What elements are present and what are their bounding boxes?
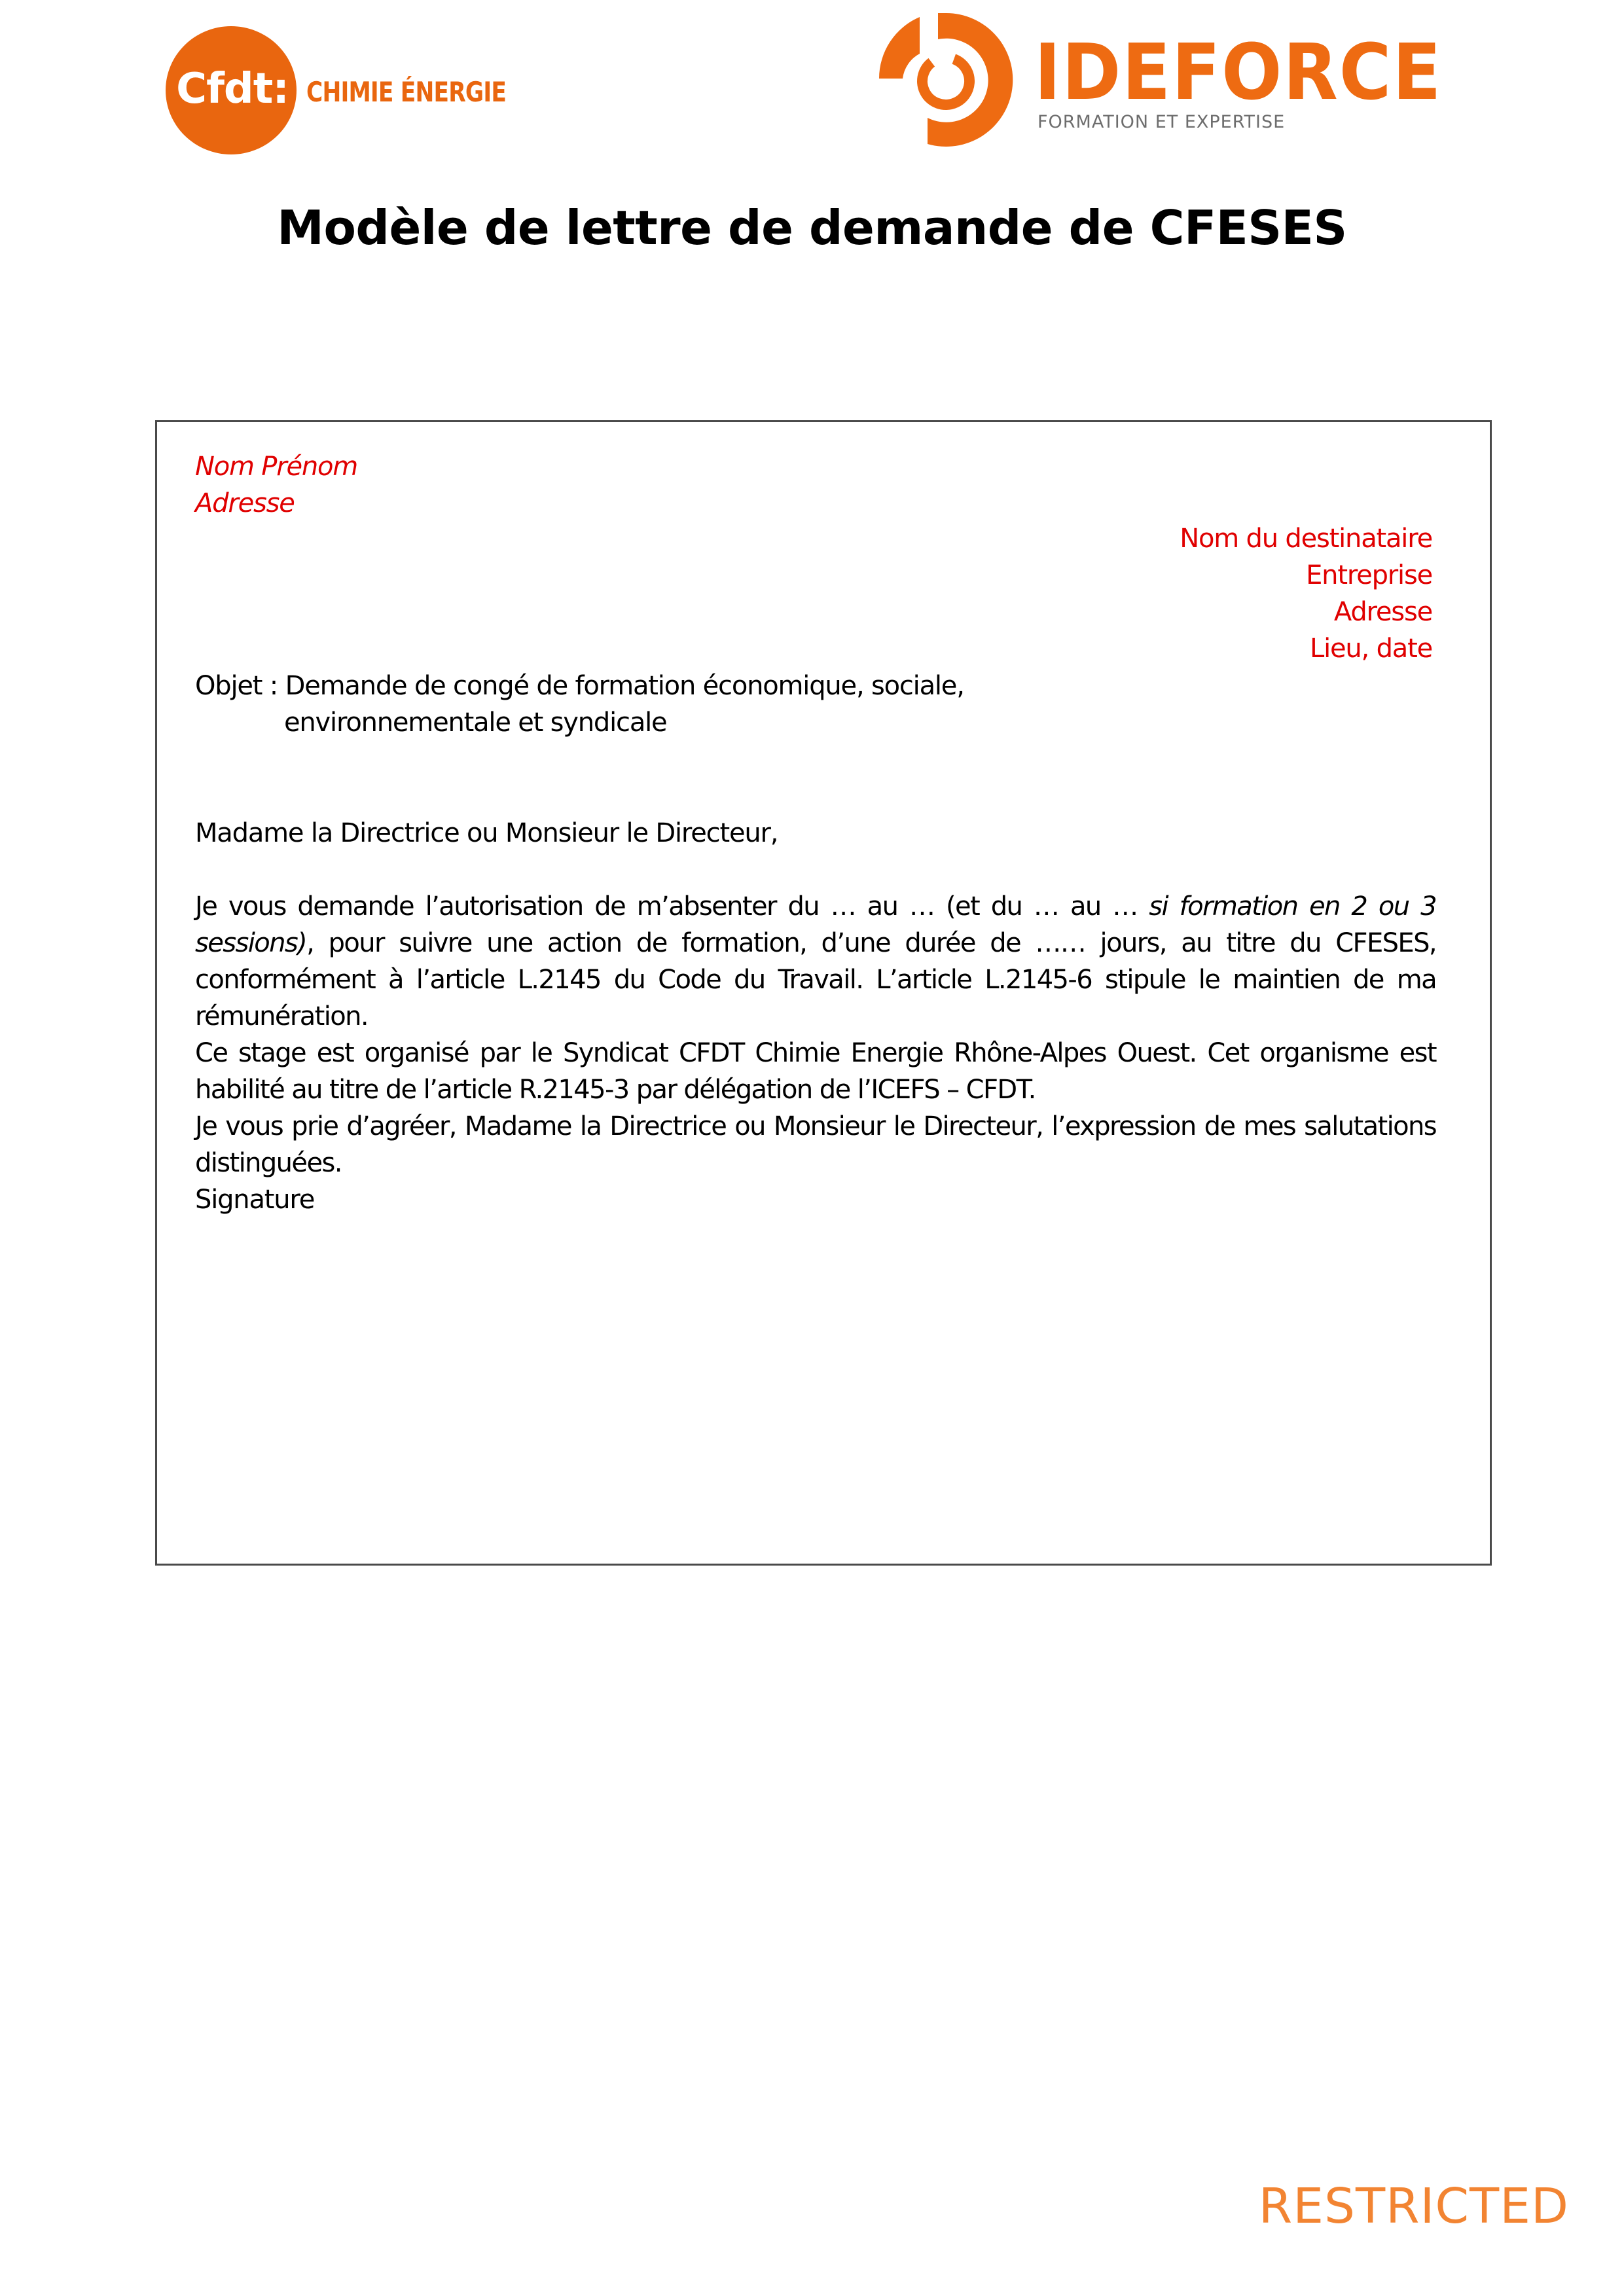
- page-title: Modèle de lettre de demande de CFESES: [0, 196, 1624, 259]
- subject-line: Objet : Demande de congé de formation éc…: [195, 668, 964, 741]
- sender-name-placeholder: Nom Prénom: [195, 448, 357, 485]
- restricted-classification-label: RESTRICTED: [1259, 2177, 1569, 2236]
- ideforce-logo: IDEFORCE FORMATION ET EXPERTISE: [874, 8, 1437, 152]
- paragraph-organizer: Ce stage est organisé par le Syndicat CF…: [195, 1035, 1436, 1108]
- cfdt-circle-icon: Cfdt:: [166, 26, 297, 154]
- paragraph-request: Je vous demande l’autorisation de m’abse…: [195, 888, 1436, 1035]
- cfdt-logo-subtitle: CHIMIE ÉNERGIE: [306, 76, 506, 109]
- signature-label: Signature: [195, 1181, 314, 1218]
- place-date-placeholder: Lieu, date: [1180, 630, 1432, 667]
- recipient-block: Nom du destinataire Entreprise Adresse L…: [1180, 520, 1432, 667]
- sender-block: Nom Prénom Adresse: [195, 448, 357, 522]
- salutation: Madame la Directrice ou Monsieur le Dire…: [195, 815, 778, 852]
- subject-line-1: Objet : Demande de congé de formation éc…: [195, 668, 964, 704]
- ideforce-logo-tagline: FORMATION ET EXPERTISE: [1038, 111, 1285, 134]
- recipient-address-placeholder: Adresse: [1180, 594, 1432, 630]
- ideforce-logo-name: IDEFORCE: [1034, 33, 1442, 111]
- subject-line-2: environnementale et syndicale: [195, 704, 964, 741]
- paragraph-request-end: , pour suivre une action de formation, d…: [195, 928, 1436, 1031]
- letter-template-frame: Nom Prénom Adresse Nom du destinataire E…: [155, 420, 1492, 1566]
- paragraph-request-start: Je vous demande l’autorisation de m’abse…: [195, 891, 1149, 922]
- recipient-name-placeholder: Nom du destinataire: [1180, 520, 1432, 557]
- cfdt-chimie-energie-logo: Cfdt: CHIMIE ÉNERGIE: [166, 26, 473, 157]
- ideforce-spiral-icon: [874, 8, 1018, 152]
- cfdt-logo-mark-text: Cfdt:: [173, 63, 291, 115]
- sender-address-placeholder: Adresse: [195, 485, 357, 522]
- recipient-company-placeholder: Entreprise: [1180, 557, 1432, 594]
- paragraph-closing: Je vous prie d’agréer, Madame la Directr…: [195, 1108, 1436, 1181]
